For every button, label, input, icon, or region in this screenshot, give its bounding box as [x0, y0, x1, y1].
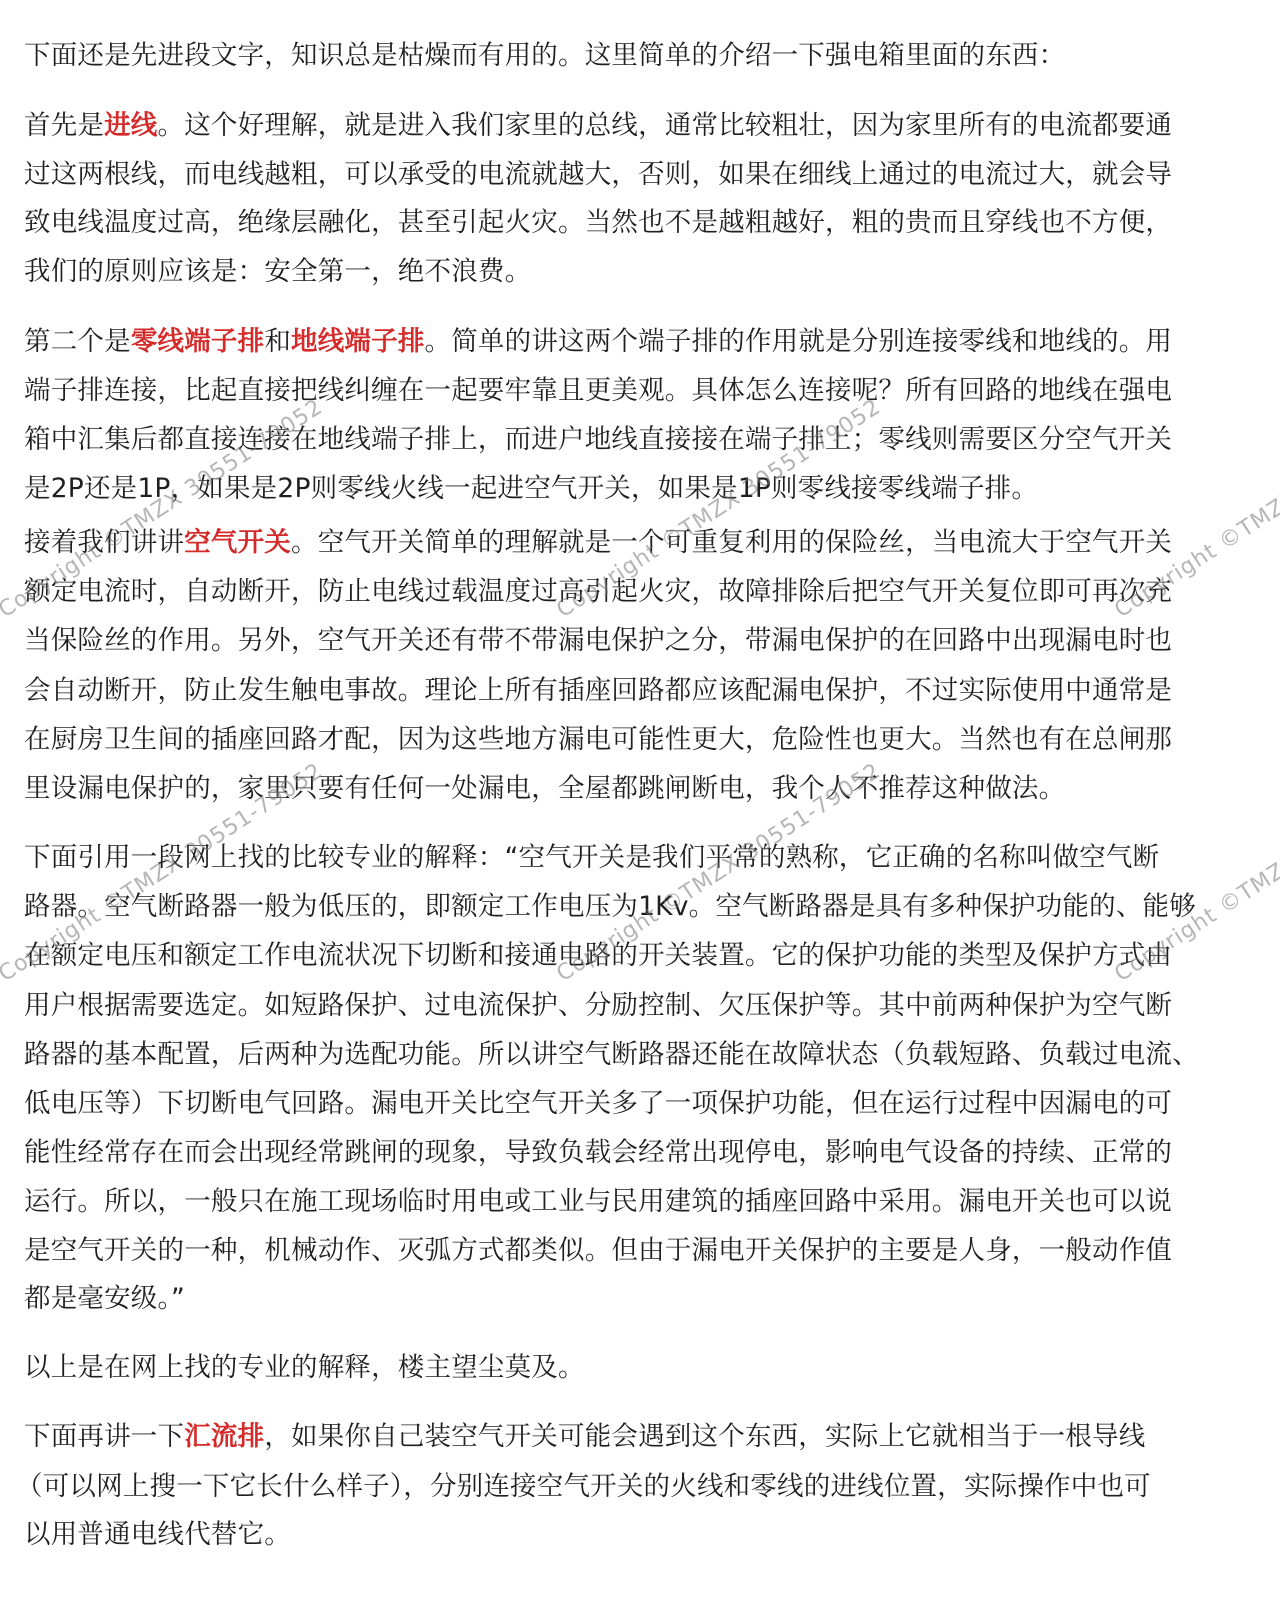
incoming-line-para-line-3: 致电线温度过高，绝缘层融化，甚至引起火灾。当然也不是越粗越好，粗的贵而且穿线也不…: [24, 198, 1172, 247]
text-segment: 箱中汇集后都直接连接在地线端子排上，而进户地线直接接在端子排上；零线则需要区分空…: [24, 424, 1172, 455]
quote-para-line-9: 是空气开关的一种，机械动作、灭弧方式都类似。但由于漏电开关保护的主要是人身，一般…: [24, 1226, 1172, 1275]
quote-para-line-10: 都是毫安级。”: [24, 1274, 185, 1323]
quote-para-line-1: 下面引用一段网上找的比较专业的解释：“空气开关是我们平常的熟称，它正确的名称叫做…: [24, 833, 1159, 882]
terminal-block-para-line-1: 第二个是零线端子排和地线端子排。简单的讲这两个端子排的作用就是分别连接零线和地线…: [24, 317, 1172, 366]
text-segment: 致电线温度过高，绝缘层融化，甚至引起火灾。当然也不是越粗越好，粗的贵而且穿线也不…: [24, 207, 1172, 238]
text-segment: 能性经常存在而会出现经常跳闸的现象，导致负载会经常出现停电，影响电气设备的持续、…: [24, 1137, 1172, 1168]
text-segment: 用户根据需要选定。如短路保护、过电流保护、分励控制、欠压保护等。其中前两种保护为…: [24, 990, 1172, 1021]
terminal-block-para-line-4: 是2P还是1P，如果是2P则零线火线一起进空气开关，如果是1P则零线接零线端子排…: [24, 464, 1038, 513]
text-segment: 会自动断开，防止发生触电事故。理论上所有插座回路都应该配漏电保护，不过实际使用中…: [24, 675, 1172, 706]
text-segment: 首先是: [24, 110, 104, 141]
text-segment: 下面引用一段网上找的比较专业的解释：“空气开关是我们平常的熟称，它正确的名称叫做…: [24, 842, 1159, 873]
text-segment: 。这个好理解，就是进入我们家里的总线，通常比较粗壮，因为家里所有的电流都要通: [158, 110, 1173, 141]
highlight-term-busbar: 汇流排: [184, 1421, 264, 1452]
article-body: 下面还是先进段文字，知识总是枯燥而有用的。这里简单的介绍一下强电箱里面的东西： …: [0, 0, 1280, 1624]
busbar-para-line-2: （可以网上搜一下它长什么样子），分别连接空气开关的火线和零线的进线位置，实际操作…: [16, 1462, 1151, 1511]
text-segment: 。简单的讲这两个端子排的作用就是分别连接零线和地线的。用: [425, 326, 1173, 357]
text-segment: 额定电流时，自动断开，防止电线过载温度过高引起火灾，故障排除后把空气开关复位即可…: [24, 576, 1172, 607]
quote-para-line-2: 路器。空气断路器一般为低压的，即额定工作电压为1Kv。空气断路器是具有多种保护功…: [24, 882, 1196, 931]
air-switch-para-line-5: 在厨房卫生间的插座回路才配，因为这些地方漏电可能性更大，危险性也更大。当然也有在…: [24, 715, 1172, 764]
text-segment: 都是毫安级。”: [24, 1283, 185, 1314]
air-switch-para-line-3: 当保险丝的作用。另外，空气开关还有带不带漏电保护之分，带漏电保护的在回路中出现漏…: [24, 616, 1172, 665]
quote-para-line-3: 在额定电压和额定工作电流状况下切断和接通电路的开关装置。它的保护功能的类型及保护…: [24, 931, 1172, 980]
text-segment: 是2P还是1P，如果是2P则零线火线一起进空气开关，如果是1P则零线接零线端子排…: [24, 473, 1038, 504]
text-segment: 以用普通电线代替它。: [24, 1519, 291, 1550]
text-segment: 过这两根线，而电线越粗，可以承受的电流就越大，否则，如果在细线上通过的电流过大，…: [24, 159, 1172, 190]
quote-para-line-5: 路器的基本配置，后两种为选配功能。所以讲空气断路器还能在故障状态（负载短路、负载…: [24, 1030, 1199, 1079]
text-segment: 在额定电压和额定工作电流状况下切断和接通电路的开关装置。它的保护功能的类型及保护…: [24, 940, 1172, 971]
text-segment: 下面再讲一下: [24, 1421, 184, 1452]
highlight-term-incoming-line: 进线: [104, 110, 157, 141]
text-segment: 下面还是先进段文字，知识总是枯燥而有用的。这里简单的介绍一下强电箱里面的东西：: [24, 40, 1065, 71]
incoming-line-para-line-4: 我们的原则应该是：安全第一，绝不浪费。: [24, 247, 531, 296]
quote-para-line-4: 用户根据需要选定。如短路保护、过电流保护、分励控制、欠压保护等。其中前两种保护为…: [24, 981, 1172, 1030]
highlight-term-neutral-terminal: 零线端子排: [131, 326, 265, 357]
text-segment: 当保险丝的作用。另外，空气开关还有带不带漏电保护之分，带漏电保护的在回路中出现漏…: [24, 625, 1172, 656]
air-switch-para-line-1: 接着我们讲讲空气开关。空气开关简单的理解就是一个可重复利用的保险丝，当电流大于空…: [24, 518, 1172, 567]
busbar-para-line-1: 下面再讲一下汇流排，如果你自己装空气开关可能会遇到这个东西，实际上它就相当于一根…: [24, 1412, 1145, 1461]
text-segment: 。空气开关简单的理解就是一个可重复利用的保险丝，当电流大于空气开关: [291, 527, 1172, 558]
incoming-line-para-line-2: 过这两根线，而电线越粗，可以承受的电流就越大，否则，如果在细线上通过的电流过大，…: [24, 150, 1172, 199]
text-segment: 运行。所以，一般只在施工现场临时用电或工业与民用建筑的插座回路中采用。漏电开关也…: [24, 1186, 1172, 1217]
text-segment: 以上是在网上找的专业的解释，楼主望尘莫及。: [24, 1352, 585, 1383]
comment-line: 以上是在网上找的专业的解释，楼主望尘莫及。: [24, 1343, 585, 1392]
air-switch-para-line-6: 里设漏电保护的，家里只要有任何一处漏电，全屋都跳闸断电，我个人不推荐这种做法。: [24, 764, 1065, 813]
terminal-block-para-line-3: 箱中汇集后都直接连接在地线端子排上，而进户地线直接接在端子排上；零线则需要区分空…: [24, 415, 1172, 464]
highlight-term-ground-terminal: 地线端子排: [291, 326, 425, 357]
text-segment: 路器的基本配置，后两种为选配功能。所以讲空气断路器还能在故障状态（负载短路、负载…: [24, 1039, 1199, 1070]
quote-para-line-8: 运行。所以，一般只在施工现场临时用电或工业与民用建筑的插座回路中采用。漏电开关也…: [24, 1177, 1172, 1226]
quote-para-line-6: 低电压等）下切断电气回路。漏电开关比空气开关多了一项保护功能，但在运行过程中因漏…: [24, 1079, 1172, 1128]
text-segment: （可以网上搜一下它长什么样子），分别连接空气开关的火线和零线的进线位置，实际操作…: [16, 1471, 1151, 1502]
busbar-para-line-3: 以用普通电线代替它。: [24, 1510, 291, 1559]
intro-line: 下面还是先进段文字，知识总是枯燥而有用的。这里简单的介绍一下强电箱里面的东西：: [24, 31, 1065, 80]
text-segment: ，如果你自己装空气开关可能会遇到这个东西，实际上它就相当于一根导线: [264, 1421, 1145, 1452]
text-segment: 在厨房卫生间的插座回路才配，因为这些地方漏电可能性更大，危险性也更大。当然也有在…: [24, 724, 1172, 755]
text-segment: 是空气开关的一种，机械动作、灭弧方式都类似。但由于漏电开关保护的主要是人身，一般…: [24, 1235, 1172, 1266]
text-segment: 接着我们讲讲: [24, 527, 184, 558]
highlight-term-air-switch: 空气开关: [184, 527, 291, 558]
quote-para-line-7: 能性经常存在而会出现经常跳闸的现象，导致负载会经常出现停电，影响电气设备的持续、…: [24, 1128, 1172, 1177]
text-segment: 和: [264, 326, 291, 357]
terminal-block-para-line-2: 端子排连接，比起直接把线纠缠在一起要牢靠且更美观。具体怎么连接呢？所有回路的地线…: [24, 366, 1172, 415]
air-switch-para-line-2: 额定电流时，自动断开，防止电线过载温度过高引起火灾，故障排除后把空气开关复位即可…: [24, 567, 1172, 616]
text-segment: 低电压等）下切断电气回路。漏电开关比空气开关多了一项保护功能，但在运行过程中因漏…: [24, 1088, 1172, 1119]
text-segment: 里设漏电保护的，家里只要有任何一处漏电，全屋都跳闸断电，我个人不推荐这种做法。: [24, 773, 1065, 804]
text-segment: 端子排连接，比起直接把线纠缠在一起要牢靠且更美观。具体怎么连接呢？所有回路的地线…: [24, 375, 1172, 406]
text-segment: 第二个是: [24, 326, 131, 357]
text-segment: 路器。空气断路器一般为低压的，即额定工作电压为1Kv。空气断路器是具有多种保护功…: [24, 891, 1196, 922]
air-switch-para-line-4: 会自动断开，防止发生触电事故。理论上所有插座回路都应该配漏电保护，不过实际使用中…: [24, 666, 1172, 715]
text-segment: 我们的原则应该是：安全第一，绝不浪费。: [24, 256, 531, 287]
incoming-line-para-line-1: 首先是进线。这个好理解，就是进入我们家里的总线，通常比较粗壮，因为家里所有的电流…: [24, 101, 1172, 150]
